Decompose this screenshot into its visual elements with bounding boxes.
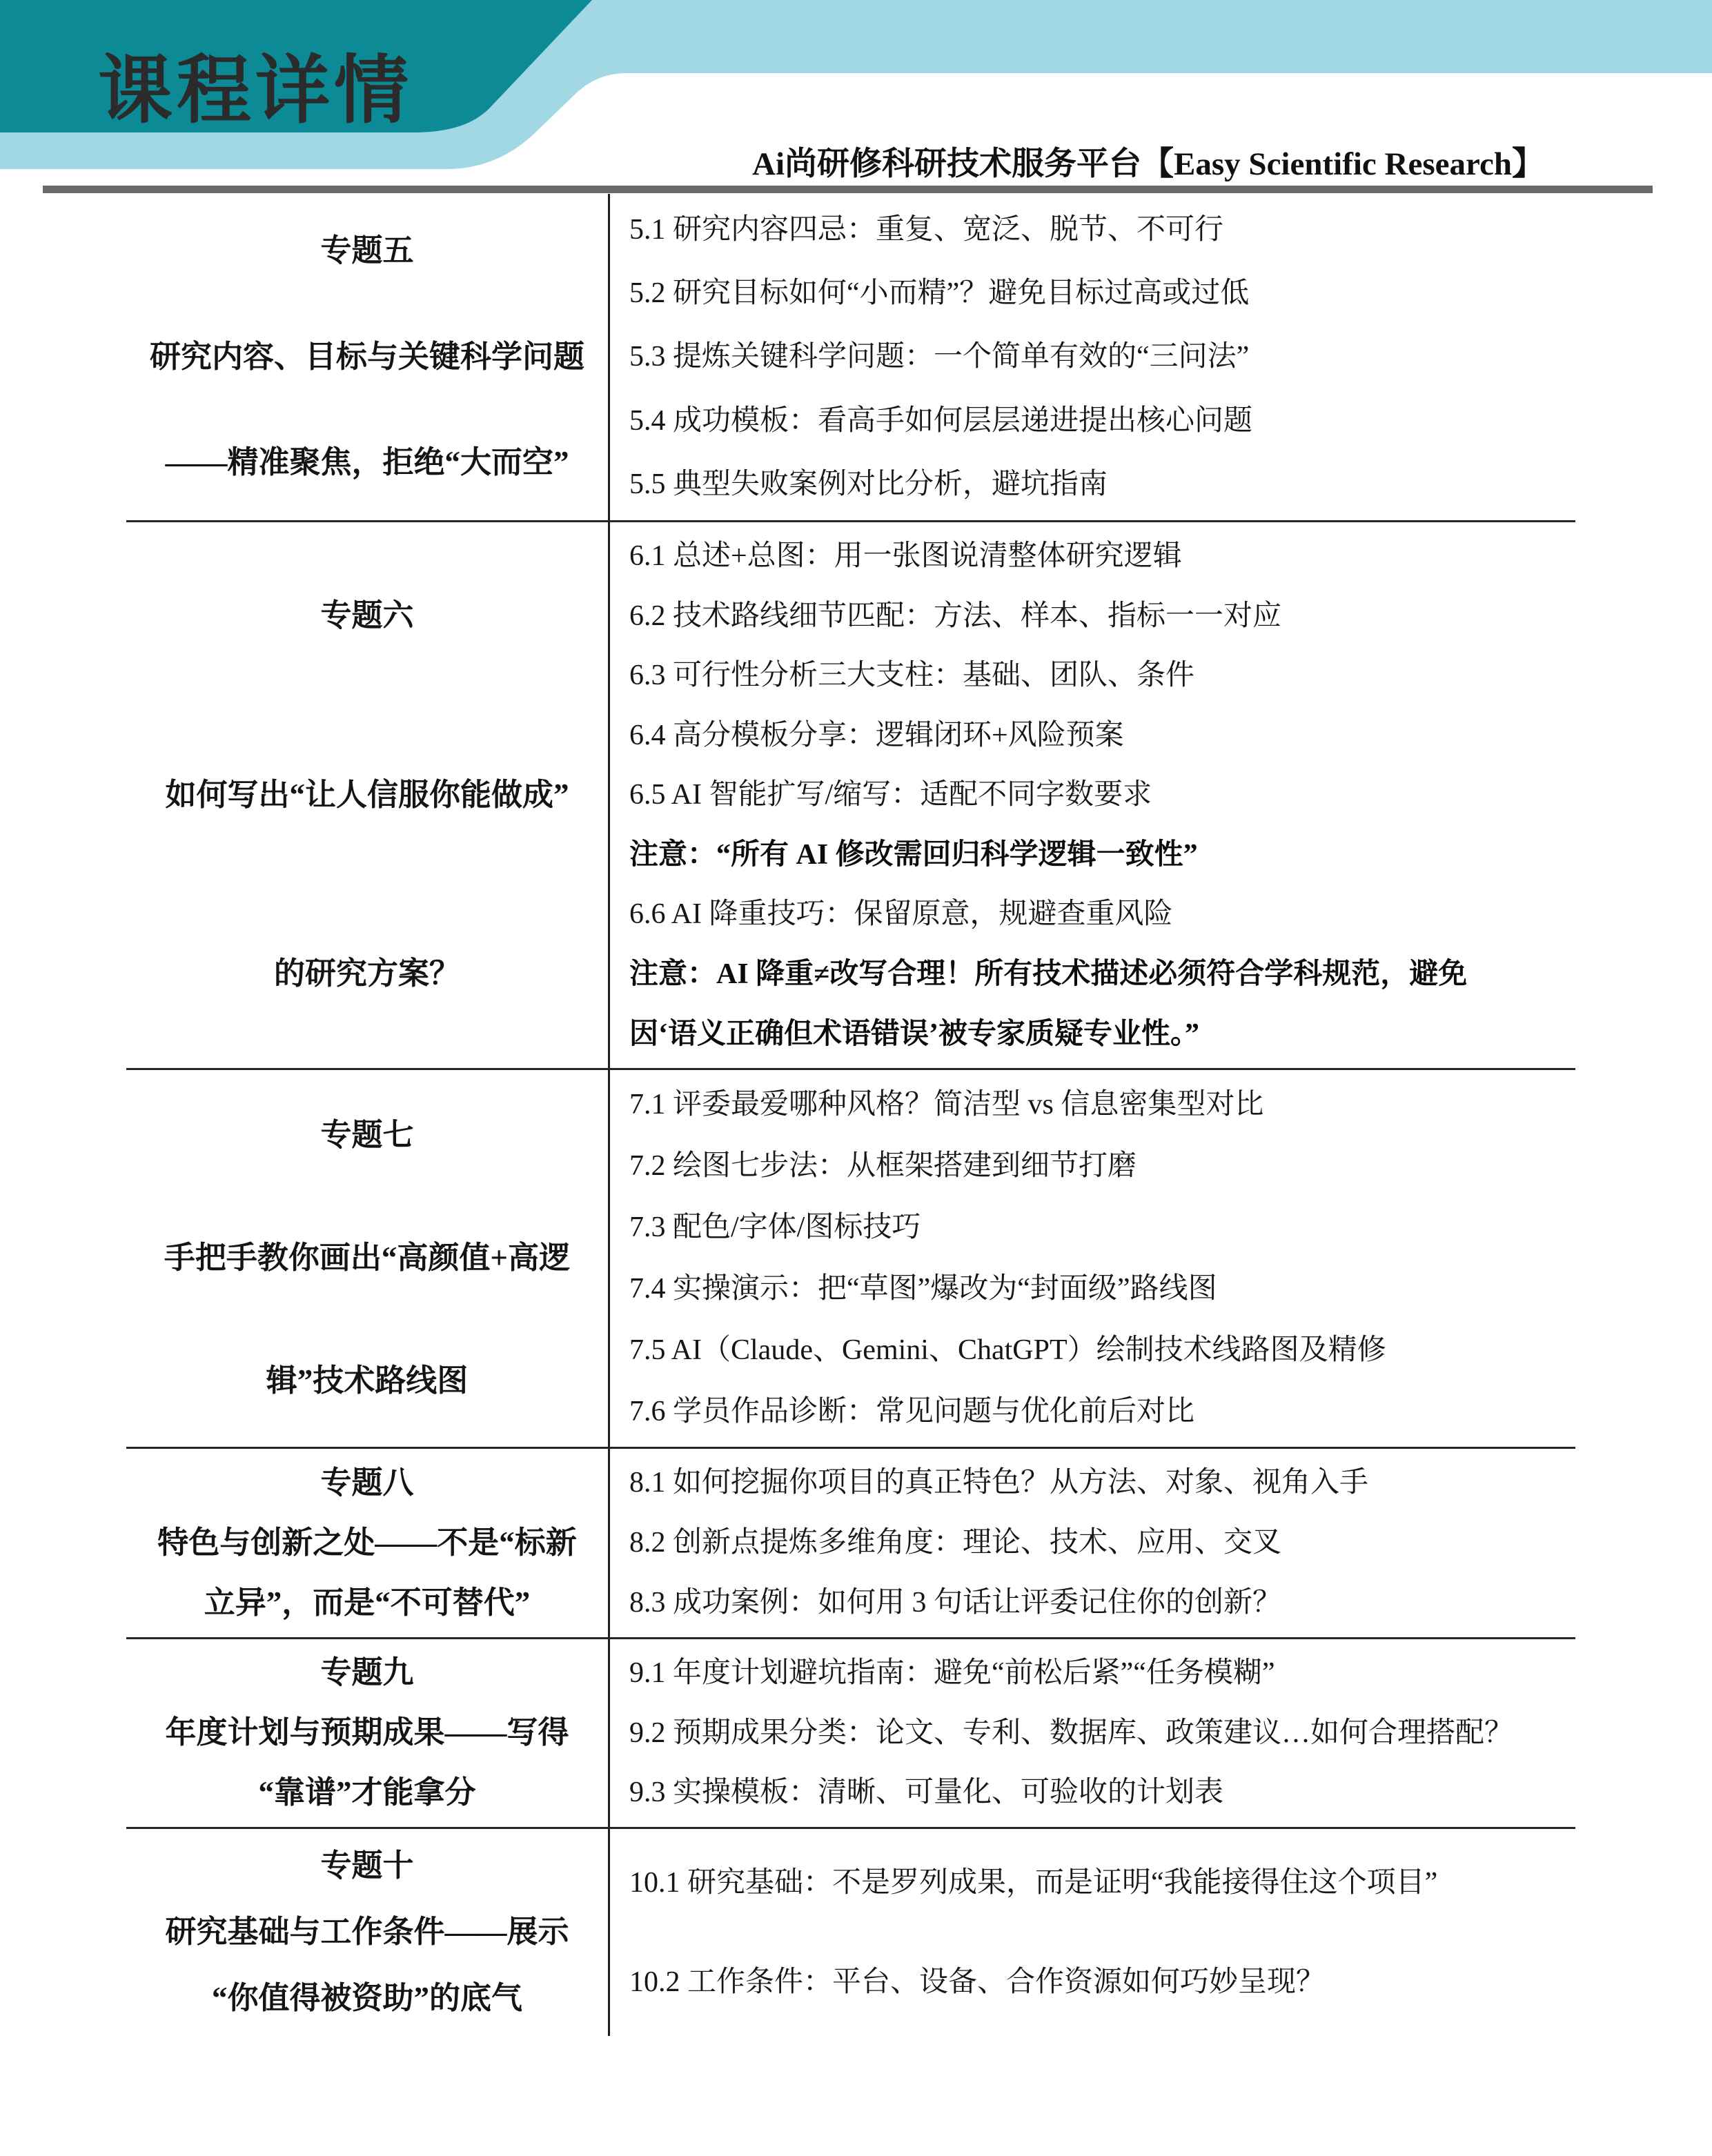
topic-line: 立异”，而是“不可替代” — [204, 1585, 531, 1621]
course-item: 6.3 可行性分析三大支柱：基础、团队、条件 — [629, 659, 1575, 692]
course-item: 8.1 如何挖掘你项目的真正特色？从方法、对象、视角入手 — [629, 1466, 1575, 1499]
table-row: 专题十研究基础与工作条件——展示“你值得被资助”的底气10.1 研究基础：不是罗… — [126, 1829, 1575, 2036]
course-item: 6.1 总述+总图：用一张图说清整体研究逻辑 — [629, 540, 1575, 573]
platform-subtitle: Ai尚研修科研技术服务平台【Easy Scientific Research】 — [752, 138, 1544, 184]
page-title: 课程详情 — [98, 30, 413, 137]
items-cell: 10.1 研究基础：不是罗列成果，而是证明“我能接得住这个项目”10.2 工作条… — [608, 1829, 1575, 2036]
course-item: 7.5 AI（Claude、Gemini、ChatGPT）绘制技术线路图及精修 — [629, 1334, 1575, 1367]
course-item: 6.4 高分模板分享：逻辑闭环+风险预案 — [629, 719, 1575, 752]
topic-cell: 专题八特色与创新之处——不是“标新立异”，而是“不可替代” — [126, 1449, 608, 1637]
topic-line: “你值得被资助”的底气 — [212, 1981, 522, 2017]
topic-line: 特色与创新之处——不是“标新 — [157, 1525, 577, 1561]
course-item: 10.2 工作条件：平台、设备、合作资源如何巧妙呈现？ — [629, 1966, 1575, 1999]
course-item: 注意：AI 降重≠改写合理！所有技术描述必须符合学科规范，避免 — [629, 958, 1575, 991]
table-row: 专题五研究内容、目标与关键科学问题——精准聚焦，拒绝“大而空”5.1 研究内容四… — [126, 194, 1575, 522]
course-item: 9.3 实操模板：清晰、可量化、可验收的计划表 — [629, 1776, 1575, 1809]
topic-line: 如何写出“让人信服你能做成” — [165, 778, 569, 813]
course-item: 5.1 研究内容四忌：重复、宽泛、脱节、不可行 — [629, 213, 1575, 246]
course-item: 因‘语义正确但术语错误’被专家质疑专业性。” — [629, 1018, 1575, 1051]
topic-line: “靠谱”才能拿分 — [258, 1775, 475, 1811]
topic-cell: 专题五研究内容、目标与关键科学问题——精准聚焦，拒绝“大而空” — [126, 194, 608, 520]
course-item: 5.2 研究目标如何“小而精”？避免目标过高或过低 — [629, 277, 1575, 310]
table-row: 专题七手把手教你画出“高颜值+高逻辑”技术路线图7.1 评委最爱哪种风格？简洁型… — [126, 1070, 1575, 1449]
course-item: 5.3 提炼关键科学问题：一个简单有效的“三问法” — [629, 340, 1575, 373]
course-item: 6.2 技术路线细节匹配：方法、样本、指标一一对应 — [629, 600, 1575, 633]
header-rule — [43, 186, 1653, 193]
course-item: 7.4 实操演示：把“草图”爆改为“封面级”路线图 — [629, 1272, 1575, 1305]
course-item: 8.2 创新点提炼多维角度：理论、技术、应用、交叉 — [629, 1526, 1575, 1559]
topic-line: 辑”技术路线图 — [266, 1363, 469, 1399]
topic-cell: 专题六如何写出“让人信服你能做成”的研究方案？ — [126, 522, 608, 1068]
topic-line: 专题九 — [320, 1655, 413, 1691]
course-item: 6.5 AI 智能扩写/缩写：适配不同字数要求 — [629, 778, 1575, 811]
items-cell: 7.1 评委最爱哪种风格？简洁型 vs 信息密集型对比7.2 绘图七步法：从框架… — [608, 1070, 1575, 1447]
items-cell: 5.1 研究内容四忌：重复、宽泛、脱节、不可行5.2 研究目标如何“小而精”？避… — [608, 194, 1575, 520]
course-item: 注意：“所有 AI 修改需回归科学逻辑一致性” — [629, 838, 1575, 871]
items-cell: 8.1 如何挖掘你项目的真正特色？从方法、对象、视角入手8.2 创新点提炼多维角… — [608, 1449, 1575, 1637]
course-table: 专题五研究内容、目标与关键科学问题——精准聚焦，拒绝“大而空”5.1 研究内容四… — [126, 194, 1575, 2036]
course-item: 7.3 配色/字体/图标技巧 — [629, 1211, 1575, 1244]
topic-cell: 专题十研究基础与工作条件——展示“你值得被资助”的底气 — [126, 1829, 608, 2036]
topic-line: 的研究方案？ — [274, 956, 460, 992]
course-item: 5.4 成功模板：看高手如何层层递进提出核心问题 — [629, 404, 1575, 437]
items-cell: 9.1 年度计划避坑指南：避免“前松后紧”“任务模糊”9.2 预期成果分类：论文… — [608, 1639, 1575, 1827]
course-item: 6.6 AI 降重技巧：保留原意，规避查重风险 — [629, 898, 1575, 931]
topic-line: 专题八 — [320, 1465, 413, 1501]
topic-cell: 专题九年度计划与预期成果——写得“靠谱”才能拿分 — [126, 1639, 608, 1827]
table-row: 专题八特色与创新之处——不是“标新立异”，而是“不可替代”8.1 如何挖掘你项目… — [126, 1449, 1575, 1639]
topic-line: 专题七 — [320, 1118, 413, 1154]
topic-line: 研究基础与工作条件——展示 — [165, 1915, 569, 1950]
topic-line: 专题六 — [320, 598, 413, 634]
topic-line: 研究内容、目标与关键科学问题 — [150, 339, 584, 375]
topic-line: 专题十 — [320, 1848, 413, 1884]
course-item: 7.2 绘图七步法：从框架搭建到细节打磨 — [629, 1149, 1575, 1183]
topic-line: 手把手教你画出“高颜值+高逻 — [164, 1240, 570, 1276]
course-item: 9.2 预期成果分类：论文、专利、数据库、政策建议…如何合理搭配？ — [629, 1717, 1575, 1750]
topic-line: 专题五 — [320, 233, 413, 269]
course-item: 8.3 成功案例：如何用 3 句话让评委记住你的创新？ — [629, 1586, 1575, 1619]
course-item: 7.1 评委最爱哪种风格？简洁型 vs 信息密集型对比 — [629, 1088, 1575, 1121]
course-item: 5.5 典型失败案例对比分析，避坑指南 — [629, 468, 1575, 501]
table-row: 专题九年度计划与预期成果——写得“靠谱”才能拿分9.1 年度计划避坑指南：避免“… — [126, 1639, 1575, 1829]
items-cell: 6.1 总述+总图：用一张图说清整体研究逻辑6.2 技术路线细节匹配：方法、样本… — [608, 522, 1575, 1068]
page: 课程详情 Ai尚研修科研技术服务平台【Easy Scientific Resea… — [0, 0, 1712, 2156]
table-row: 专题六如何写出“让人信服你能做成”的研究方案？6.1 总述+总图：用一张图说清整… — [126, 522, 1575, 1070]
course-item: 9.1 年度计划避坑指南：避免“前松后紧”“任务模糊” — [629, 1656, 1575, 1690]
topic-line: 年度计划与预期成果——写得 — [165, 1715, 569, 1751]
course-item: 7.6 学员作品诊断：常见问题与优化前后对比 — [629, 1395, 1575, 1428]
course-item: 10.1 研究基础：不是罗列成果，而是证明“我能接得住这个项目” — [629, 1866, 1575, 1899]
topic-cell: 专题七手把手教你画出“高颜值+高逻辑”技术路线图 — [126, 1070, 608, 1447]
topic-line: ——精准聚焦，拒绝“大而空” — [165, 445, 569, 481]
